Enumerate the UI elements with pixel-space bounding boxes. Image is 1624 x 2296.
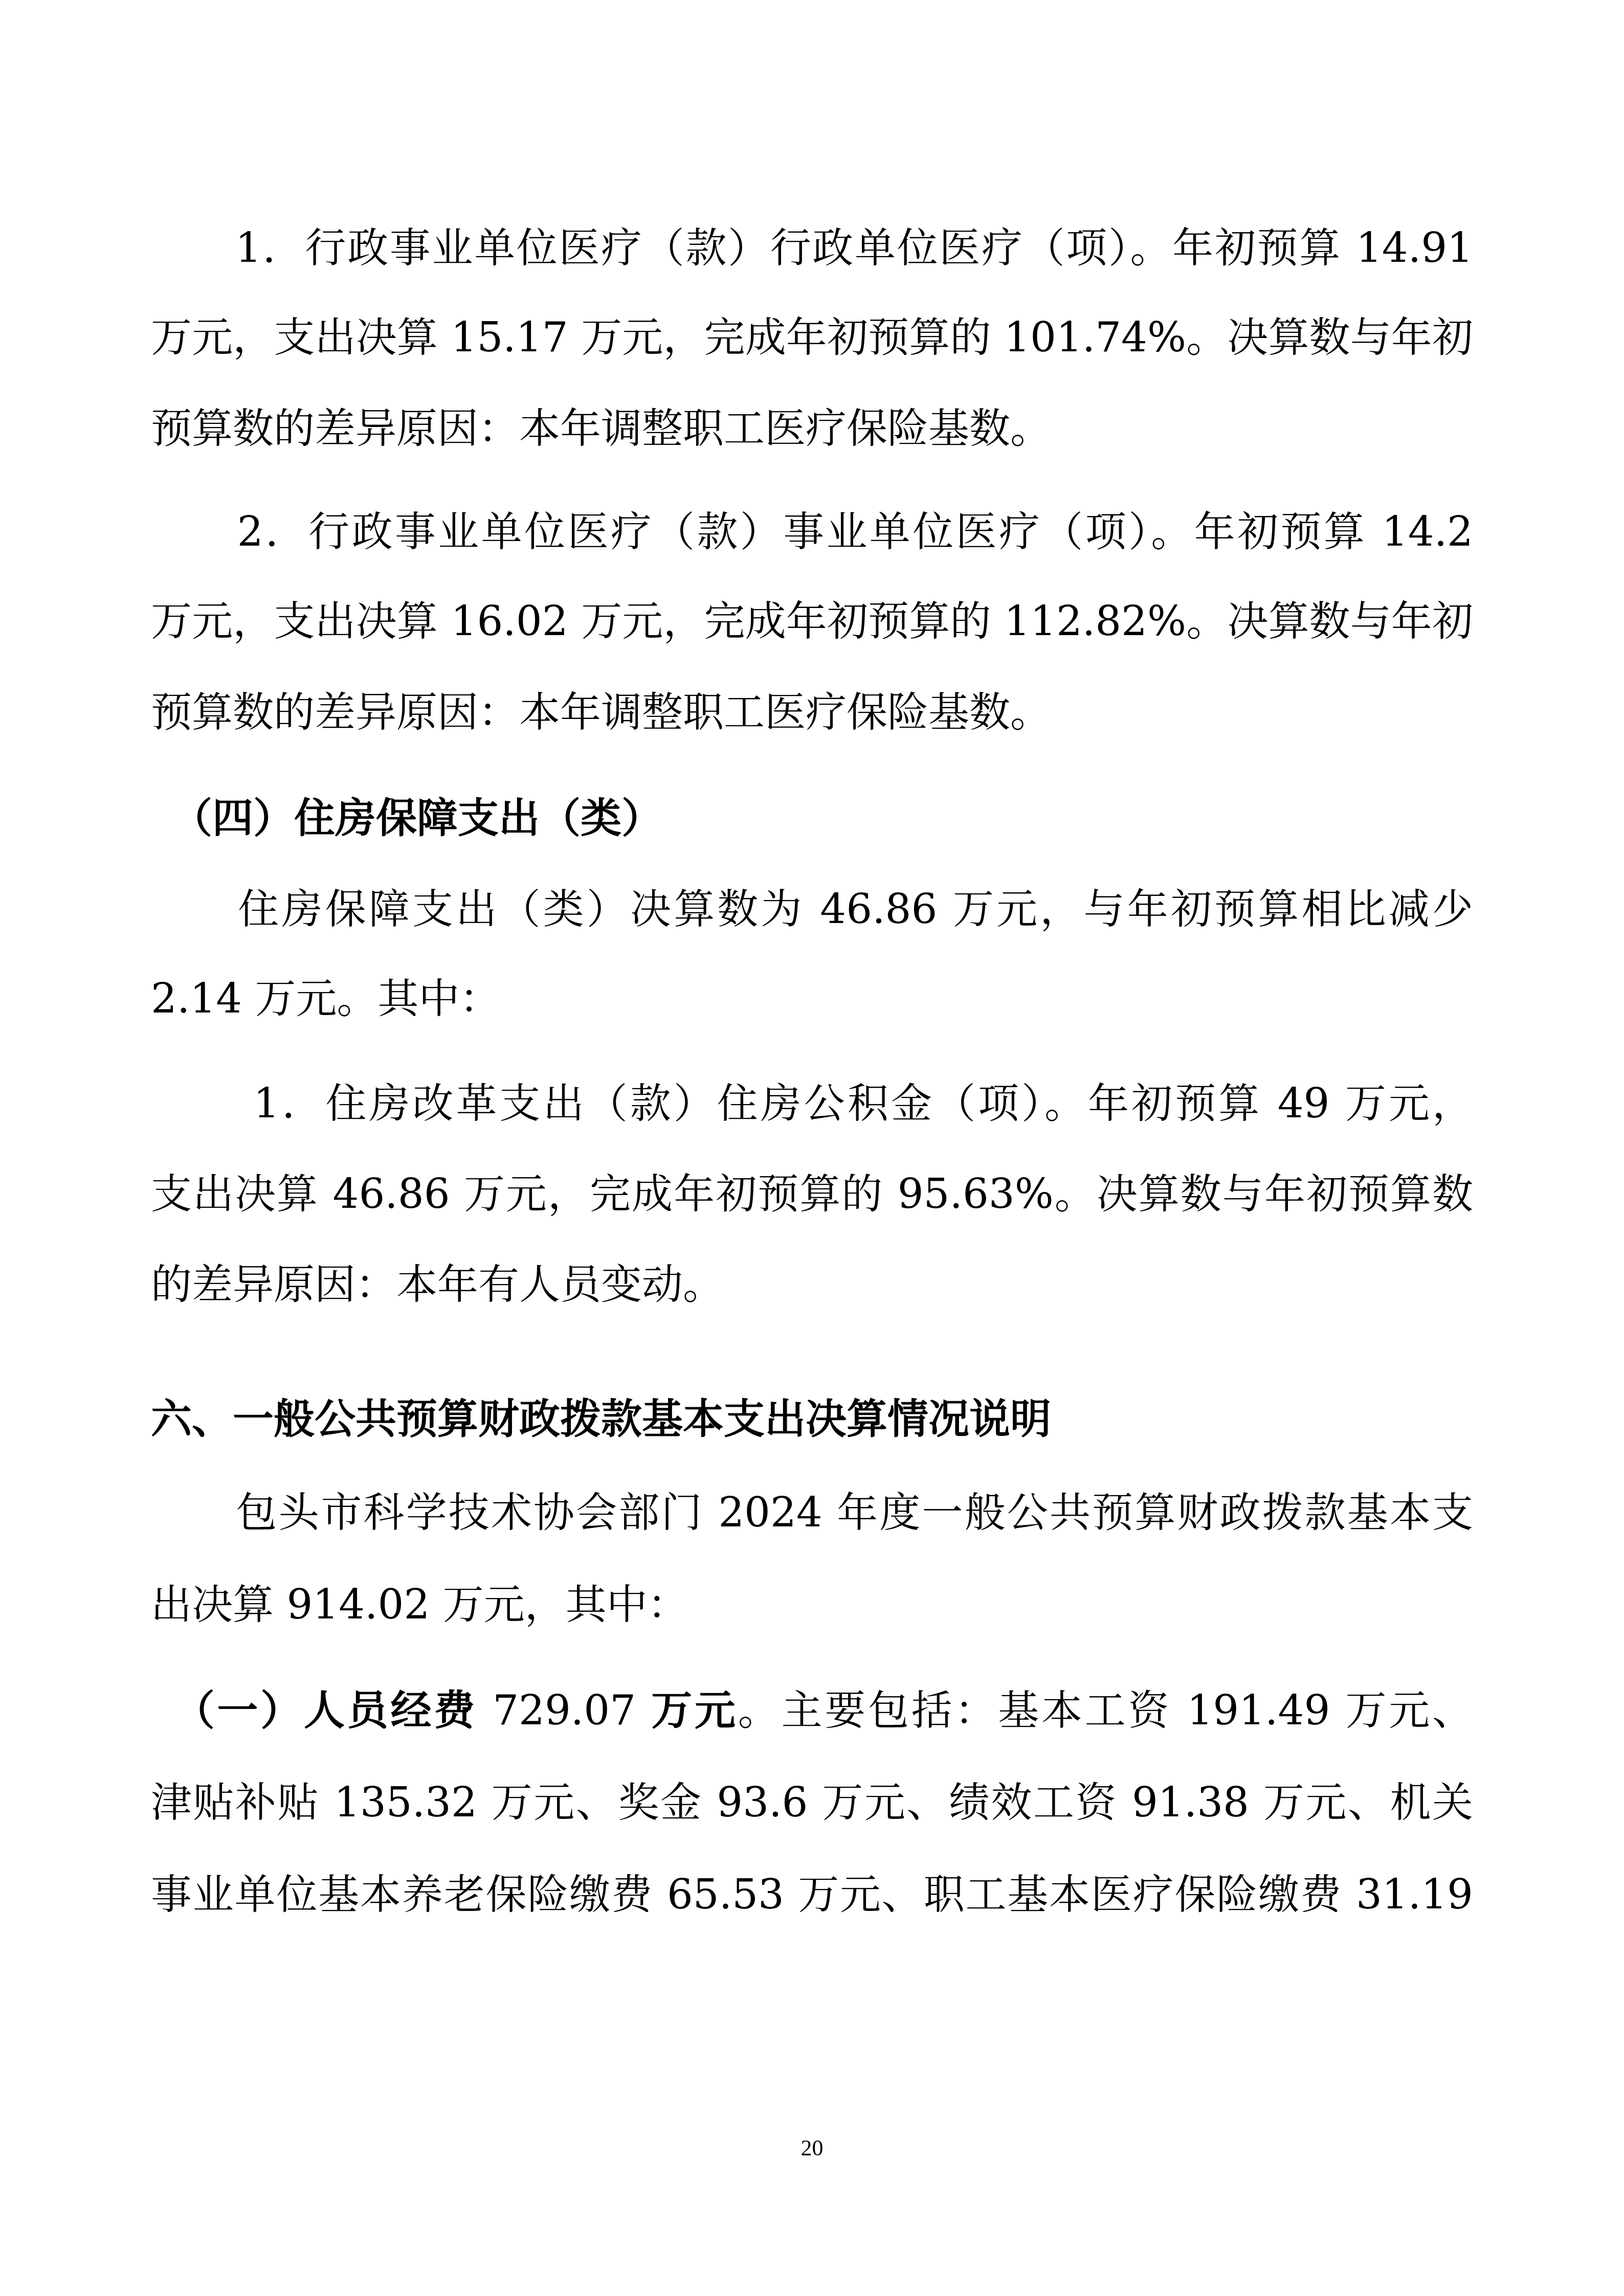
housing-heading: （四）住房保障支出（类） bbox=[151, 787, 1473, 849]
medical-item1-line3: 预算数的差异原因：本年调整职工医疗保险基数。 bbox=[151, 398, 1473, 459]
medical-item2-line1: 2．行政事业单位医疗（款）事业单位医疗（项）。年初预算 14.2 bbox=[151, 501, 1473, 562]
page-number: 20 bbox=[0, 2135, 1624, 2161]
personnel-line1: （一）人员经费 729.07 万元。主要包括：基本工资 191.49 万元、 bbox=[151, 1680, 1473, 1741]
personnel-amount: 729.07 bbox=[477, 1686, 651, 1734]
housing-item1-line1: 1．住房改革支出（款）住房公积金（项）。年初预算 49 万元， bbox=[151, 1073, 1473, 1134]
document-page: 1．行政事业单位医疗（款）行政单位医疗（项）。年初预算 14.91 万元，支出决… bbox=[0, 0, 1624, 2296]
medical-item2-line2: 万元，支出决算 16.02 万元，完成年初预算的 112.82%。决算数与年初 bbox=[151, 591, 1473, 652]
personnel-label: （一）人员经费 bbox=[151, 1686, 477, 1734]
housing-item1-line2: 支出决算 46.86 万元，完成年初预算的 95.63%。决算数与年初预算数 bbox=[151, 1163, 1473, 1225]
section-six-heading: 六、一般公共预算财政拨款基本支出决算情况说明 bbox=[151, 1388, 1473, 1450]
housing-summary-line2: 2.14 万元。其中： bbox=[151, 968, 1473, 1029]
section-six-intro-line2: 出决算 914.02 万元，其中： bbox=[151, 1574, 1473, 1635]
medical-item2-line3: 预算数的差异原因：本年调整职工医疗保险基数。 bbox=[151, 682, 1473, 743]
medical-item1-line2: 万元，支出决算 15.17 万元，完成年初预算的 101.74%。决算数与年初 bbox=[151, 307, 1473, 368]
personnel-line3: 事业单位基本养老保险缴费 65.53 万元、职工基本医疗保险缴费 31.19 bbox=[151, 1864, 1473, 1925]
housing-summary-line1: 住房保障支出（类）决算数为 46.86 万元，与年初预算相比减少 bbox=[151, 879, 1473, 940]
medical-item1-line1: 1．行政事业单位医疗（款）行政单位医疗（项）。年初预算 14.91 bbox=[151, 217, 1473, 279]
personnel-line1-rest: 。主要包括：基本工资 191.49 万元、 bbox=[738, 1686, 1473, 1734]
housing-item1-line3: 的差异原因：本年有人员变动。 bbox=[151, 1254, 1473, 1315]
section-six-intro-line1: 包头市科学技术协会部门 2024 年度一般公共预算财政拨款基本支 bbox=[151, 1482, 1473, 1543]
personnel-line2: 津贴补贴 135.32 万元、奖金 93.6 万元、绩效工资 91.38 万元、… bbox=[151, 1772, 1473, 1833]
personnel-unit: 万元 bbox=[651, 1686, 738, 1734]
